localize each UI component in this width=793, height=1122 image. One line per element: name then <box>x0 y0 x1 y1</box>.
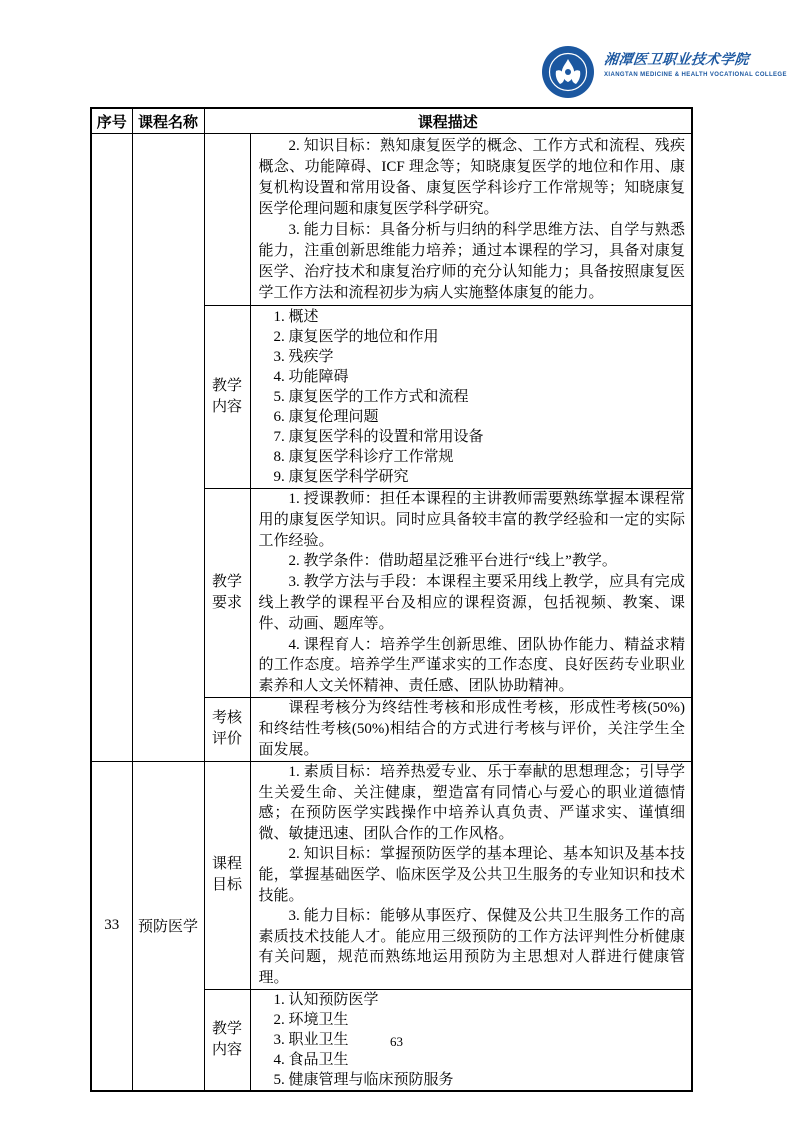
paragraph: 3. 能力目标：能够从事医疗、保健及公共卫生服务工作的高素质技术技能人才。能应用… <box>259 906 686 988</box>
college-name-en: XIANGTAN MEDICINE & HEALTH VOCATIONAL CO… <box>604 72 787 78</box>
paragraph: 3. 能力目标：具备分析与归纳的科学思维方法、自学与熟悉能力，注重创新思维能力培… <box>259 220 686 304</box>
college-logo: 湘潭医卫职业技术学院 XIANGTAN MEDICINE & HEALTH VO… <box>541 45 787 99</box>
row-label-assessment: 考核评价 <box>204 697 250 761</box>
list-item: 2. 环境卫生 <box>259 1010 686 1030</box>
paragraph: 课程考核分为终结性考核和形成性考核，形成性考核(50%)和终结性考核(50%)相… <box>259 698 686 761</box>
list-item: 6. 康复伦理问题 <box>259 407 686 427</box>
course-objectives-row: 33 预防医学 课程目标 1. 素质目标：培养热爱专业、乐于奉献的思想理念；引导… <box>91 761 692 989</box>
list-item: 8. 康复医学科诊疗工作常规 <box>259 447 686 467</box>
list-item: 2. 康复医学的地位和作用 <box>259 327 686 347</box>
paragraph: 1. 素质目标：培养热爱专业、乐于奉献的思想理念；引导学生关爱生命、关注健康，塑… <box>259 762 686 844</box>
teaching-requirements-content: 1. 授课教师：担任本课程的主讲教师需要熟练掌握本课程常用的康复医学知识。同时应… <box>250 489 692 698</box>
row-label-teaching-content: 教学内容 <box>204 306 250 489</box>
list-item: 4. 食品卫生 <box>259 1050 686 1070</box>
course-objectives-content: 1. 素质目标：培养热爱专业、乐于奉献的思想理念；引导学生关爱生命、关注健康，塑… <box>250 761 692 989</box>
paragraph: 1. 授课教师：担任本课程的主讲教师需要熟练掌握本课程常用的康复医学知识。同时应… <box>259 489 686 551</box>
paragraph: 3. 教学方法与手段：本课程主要采用线上教学，应具有完成线上教学的课程平台及相应… <box>259 572 686 634</box>
page-number: 63 <box>0 1034 793 1050</box>
list-item: 4. 功能障碍 <box>259 367 686 387</box>
teaching-content-list: 1. 概述 2. 康复医学的地位和作用 3. 残疾学 4. 功能障碍 5. 康复… <box>250 306 692 489</box>
row-label-empty <box>204 134 250 306</box>
course-name-column-header: 课程名称 <box>132 108 204 134</box>
assessment-content: 课程考核分为终结性考核和形成性考核，形成性考核(50%)和终结性考核(50%)相… <box>250 697 692 761</box>
college-name-block: 湘潭医卫职业技术学院 XIANGTAN MEDICINE & HEALTH VO… <box>604 45 787 78</box>
paragraph: 4. 课程育人：培养学生创新思维、团队协作能力、精益求精的工作态度。培养学生严谨… <box>259 635 686 697</box>
paragraph: 2. 教学条件：借助超星泛雅平台进行“线上”教学。 <box>259 551 686 572</box>
paragraph: 2. 知识目标：掌握预防医学的基本理论、基本知识及基本技能，掌握基础医学、临床医… <box>259 844 686 906</box>
list-item: 9. 康复医学科学研究 <box>259 467 686 487</box>
college-name-zh: 湘潭医卫职业技术学院 <box>603 52 788 70</box>
seq-column-header: 序号 <box>91 108 132 134</box>
seq-cell-prev <box>91 134 132 762</box>
list-item: 1. 概述 <box>259 307 686 327</box>
list-item: 5. 康复医学的工作方式和流程 <box>259 387 686 407</box>
row-label-teaching-requirements: 教学要求 <box>204 489 250 698</box>
objectives-continued-row: 2. 知识目标：熟知康复医学的概念、工作方式和流程、残疾概念、功能障碍、ICF … <box>91 134 692 306</box>
course-name-cell-prev <box>132 134 204 762</box>
college-seal-icon <box>541 45 595 99</box>
description-column-header: 课程描述 <box>204 108 692 134</box>
paragraph: 2. 知识目标：熟知康复医学的概念、工作方式和流程、残疾概念、功能障碍、ICF … <box>259 136 686 220</box>
document-page: 湘潭医卫职业技术学院 XIANGTAN MEDICINE & HEALTH VO… <box>0 0 793 1122</box>
objectives-continued-content: 2. 知识目标：熟知康复医学的概念、工作方式和流程、残疾概念、功能障碍、ICF … <box>250 134 692 306</box>
list-item: 3. 残疾学 <box>259 347 686 367</box>
row-label-course-objectives: 课程目标 <box>204 761 250 989</box>
list-item: 5. 健康管理与临床预防服务 <box>259 1070 686 1090</box>
list-item: 7. 康复医学科的设置和常用设备 <box>259 427 686 447</box>
table-header-row: 序号 课程名称 课程描述 <box>91 108 692 134</box>
course-table: 序号 课程名称 课程描述 2. 知识目标：熟知康复医学的概念、工作方式和流程、残… <box>90 107 693 1092</box>
list-item: 1. 认知预防医学 <box>259 990 686 1010</box>
